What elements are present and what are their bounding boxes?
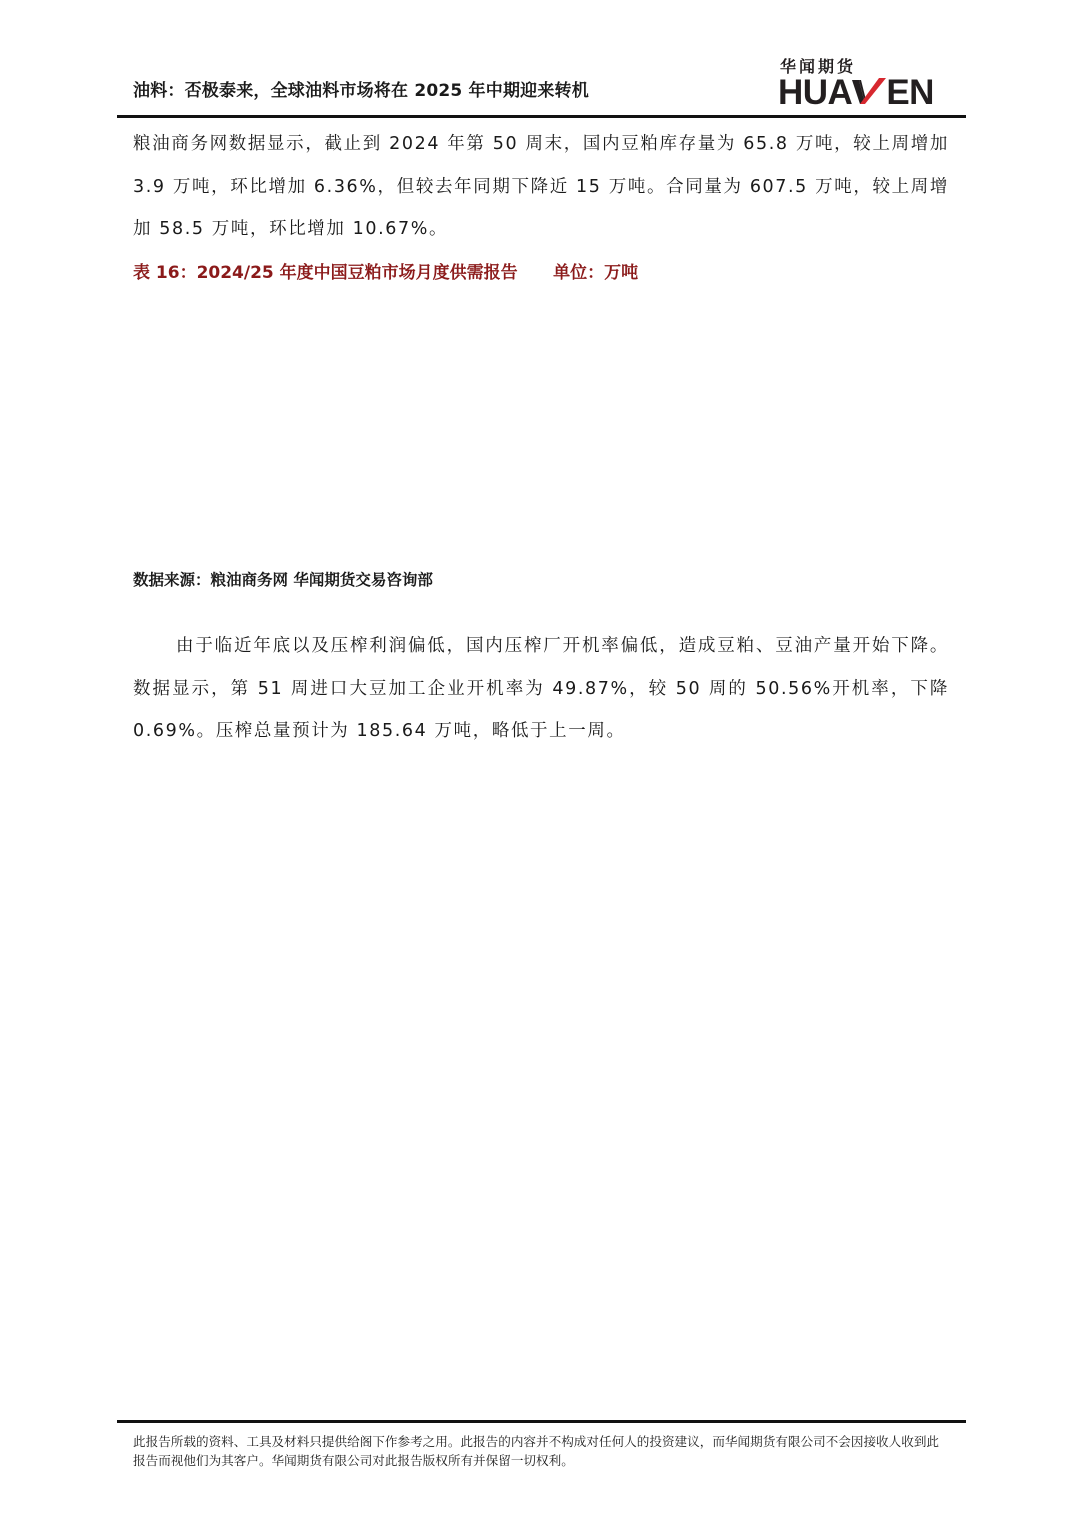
logo-english-name: HUAEN (778, 76, 934, 110)
report-header-title: 油料：否极泰来，全球油料市场将在 2025 年中期迎来转机 (133, 76, 589, 101)
footer-disclaimer: 此报告所载的资料、工具及材料只提供给阁下作参考之用。此报告的内容并不构成对任何人… (133, 1432, 949, 1470)
footer-divider (117, 1420, 966, 1423)
data-source: 数据来源：粮油商务网 华闻期货交易咨询部 (133, 568, 433, 590)
logo-w-icon (852, 78, 886, 108)
paragraph-crushing: 由于临近年底以及压榨利润偏低，国内压榨厂开机率偏低，造成豆粕、豆油产量开始下降。… (133, 625, 949, 753)
huawen-logo: 华闻期货 HUAEN (778, 58, 950, 110)
paragraph-inventory: 粮油商务网数据显示，截止到 2024 年第 50 周末，国内豆粕库存量为 65.… (133, 123, 949, 251)
header-divider (117, 115, 966, 118)
table-placeholder-blank (133, 292, 949, 554)
logo-text-en: EN (886, 73, 934, 112)
table-caption: 表 16：2024/25 年度中国豆粕市场月度供需报告 单位：万吨 (133, 258, 638, 283)
logo-text-hua: HUA (778, 73, 852, 112)
